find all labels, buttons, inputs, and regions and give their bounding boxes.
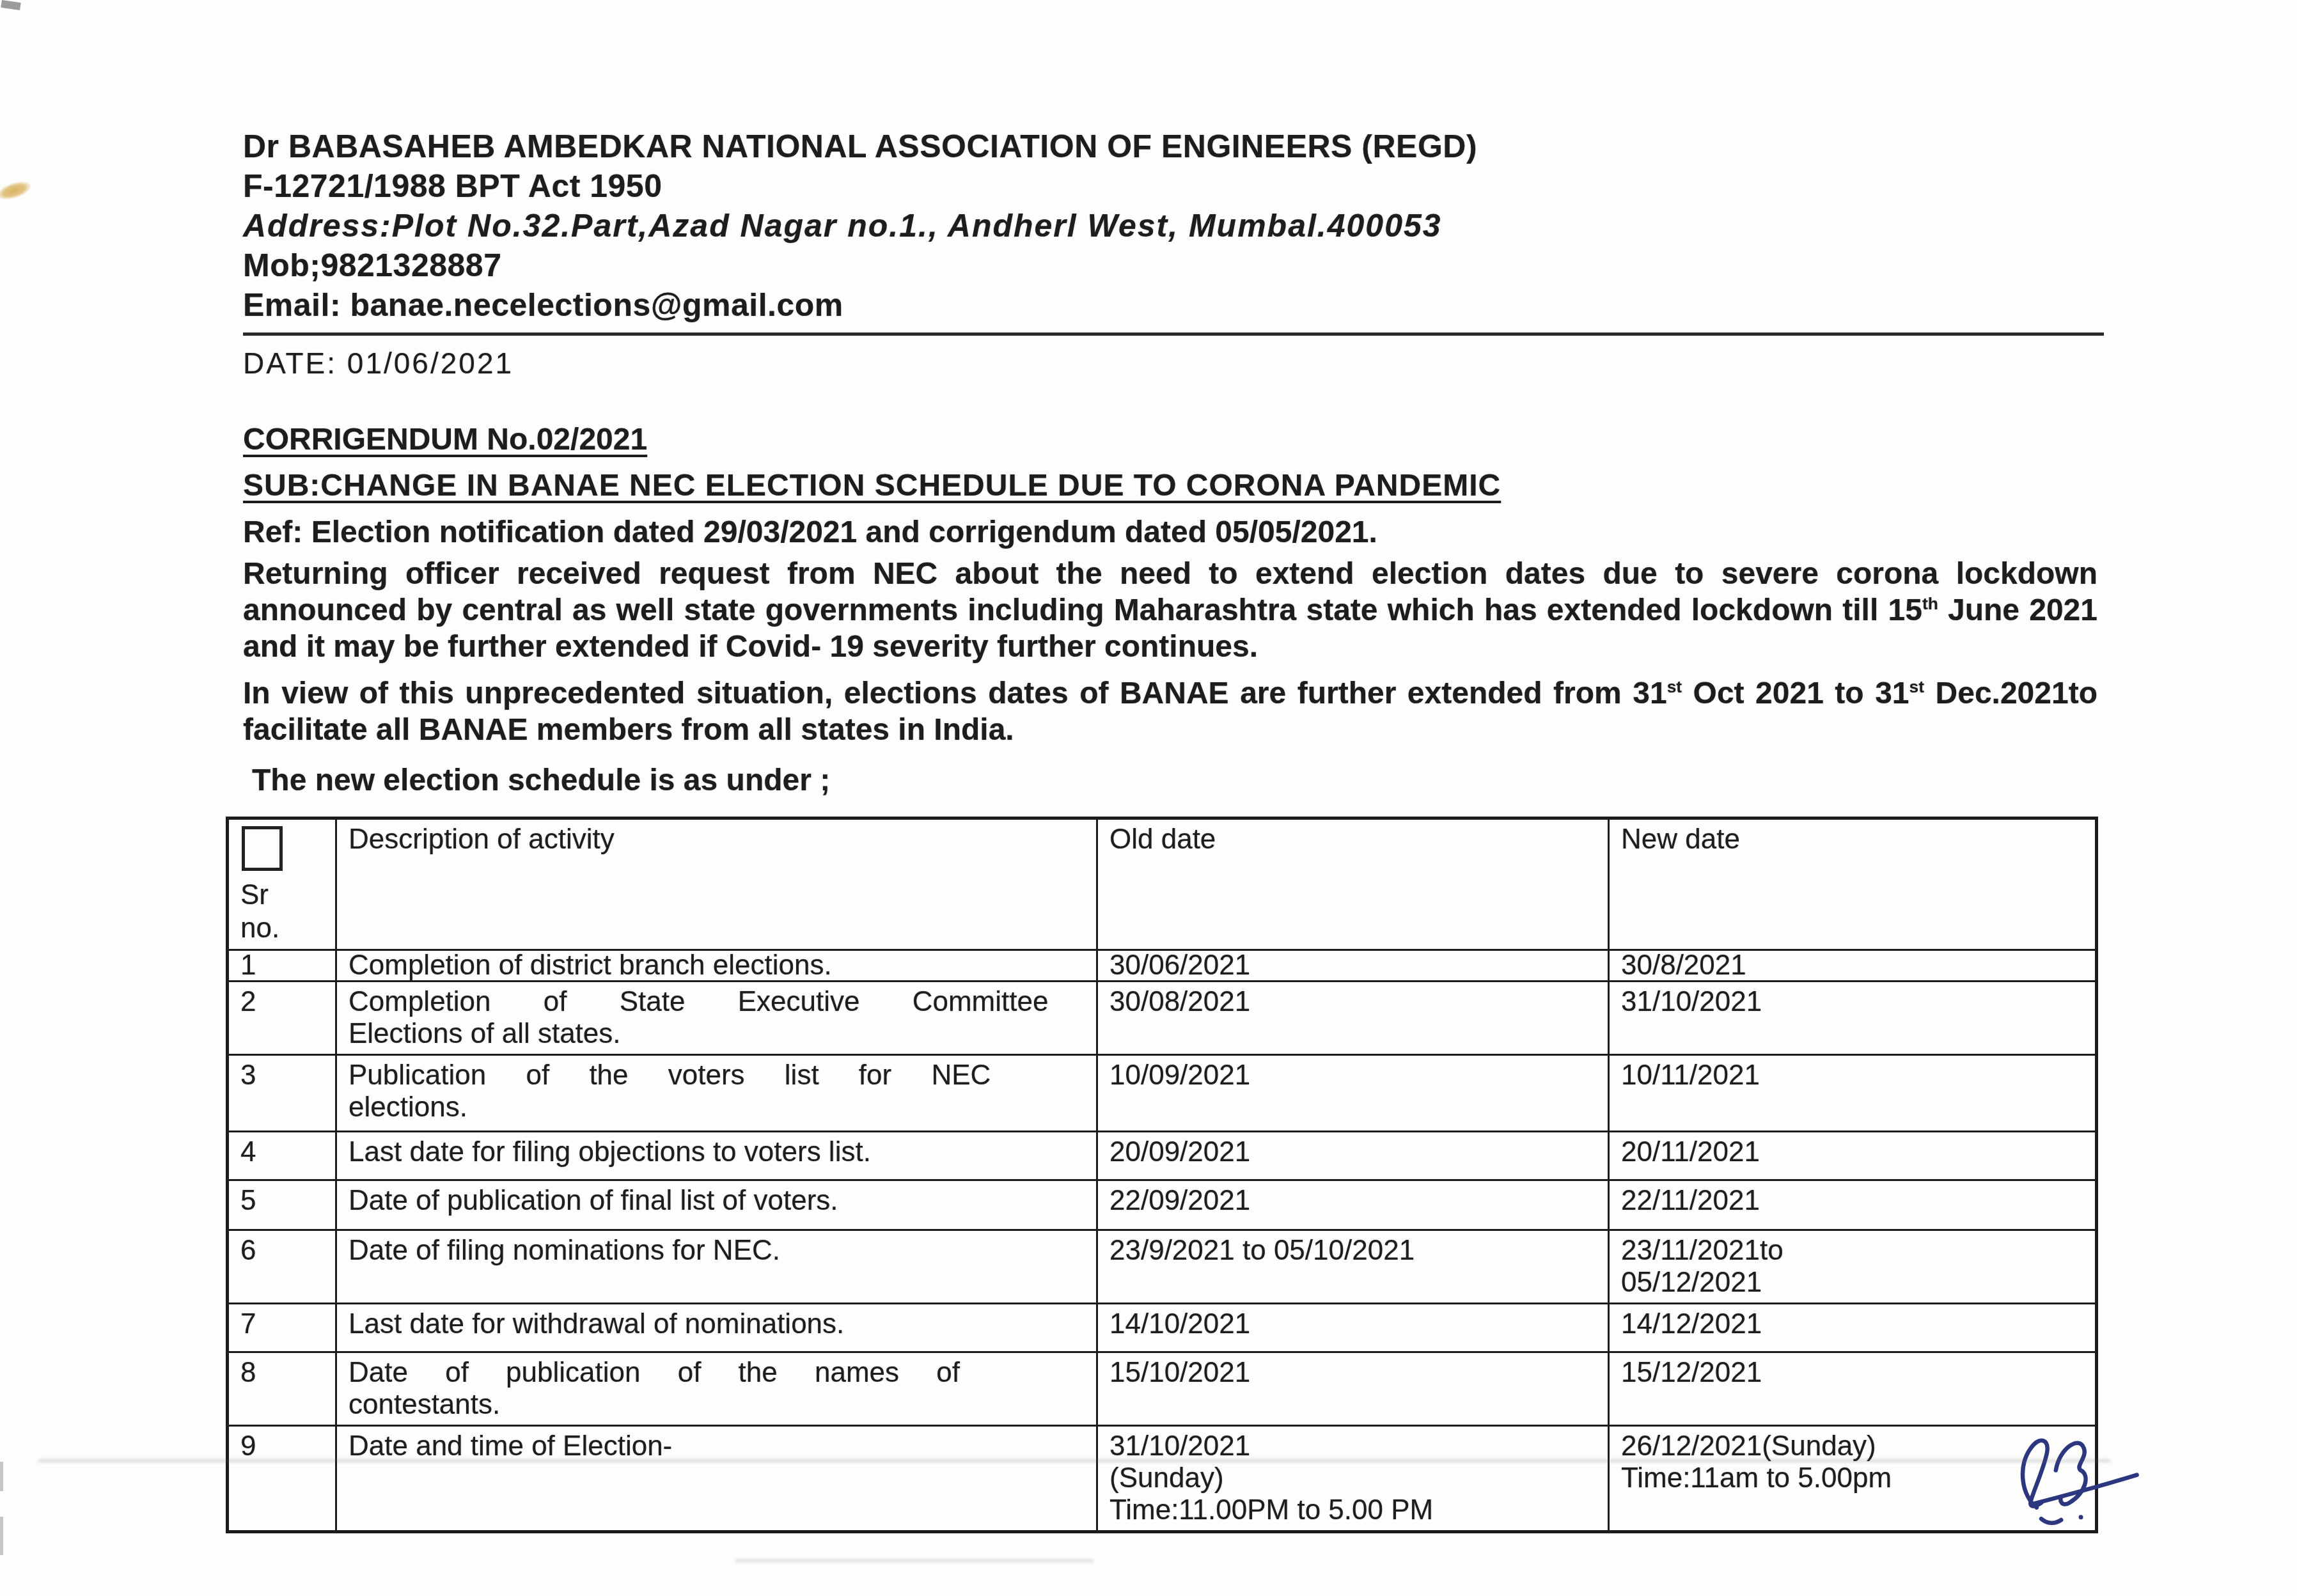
old-date-cell: 22/09/2021 [1097,1180,1609,1230]
new-date-cell: 10/11/2021 [1609,1055,2097,1132]
table-row: 6 Date of filing nominations for NEC. 23… [228,1230,2097,1304]
table-row: 5 Date of publication of final list of v… [228,1180,2097,1230]
description-cell: Date of publication of the names of cont… [336,1352,1097,1426]
scan-smudge-yellow [0,178,33,203]
old-date-cell: 31/10/2021 (Sunday) Time:11.00PM to 5.00… [1097,1426,1609,1532]
new-date-cell: 15/12/2021 [1609,1352,2097,1426]
sr-header-line1: Sr [240,879,325,912]
table-row: 9 Date and time of Election- 31/10/2021 … [228,1426,2097,1532]
new-date-cell: 30/8/2021 [1609,950,2097,982]
new-date-cell: 22/11/2021 [1609,1180,2097,1230]
signature [2002,1423,2155,1538]
sr-cell: 3 [228,1055,336,1132]
sr-cell: 7 [228,1304,336,1352]
old-date-cell: 14/10/2021 [1097,1304,1609,1352]
checkbox-icon [242,826,283,871]
new-date-cell: 14/12/2021 [1609,1304,2097,1352]
registration-number: F-12721/1988 BPT Act 1950 [243,166,2097,206]
description-cell: Date and time of Election- [336,1426,1097,1532]
description-cell: Completion of State Executive Committee … [336,982,1097,1055]
reference-line: Ref: Election notification dated 29/03/2… [243,515,2097,551]
election-schedule-table: Sr no. Description of activity Old date … [226,817,2098,1533]
table-row: 8 Date of publication of the names of co… [228,1352,2097,1426]
sr-cell: 6 [228,1230,336,1304]
document-page: Dr BABASAHEB AMBEDKAR NATIONAL ASSOCIATI… [0,0,2297,1596]
scan-corner-artifact [1,0,20,10]
old-date-cell: 30/08/2021 [1097,982,1609,1055]
old-date-cell: 10/09/2021 [1097,1055,1609,1132]
description-cell: Publication of the voters list for NEC e… [336,1055,1097,1132]
subject-heading: SUB:CHANGE IN BANAE NEC ELECTION SCHEDUL… [243,467,2097,505]
header-divider-line [243,332,2104,336]
org-name: Dr BABASAHEB AMBEDKAR NATIONAL ASSOCIATI… [243,127,2097,166]
scan-streak-artifact [38,1459,2110,1462]
address-line: Address:Plot No.32.Part,Azad Nagar no.1.… [243,206,2097,246]
table-row: 7 Last date for withdrawal of nomination… [228,1304,2097,1352]
superscript-th: th [1922,594,1938,613]
description-cell: Last date for withdrawal of nominations. [336,1304,1097,1352]
paragraph-extension-text-2: Oct 2021 to 31 [1682,677,1909,710]
paragraph-extension-text: In view of this unprecedented situation,… [243,677,1667,710]
paragraph-lockdown-text: Returning officer received request from … [243,557,2097,627]
superscript-st: st [1667,677,1682,696]
old-date-cell: 15/10/2021 [1097,1352,1609,1426]
table-row: 3 Publication of the voters list for NEC… [228,1055,2097,1132]
scan-streak-artifact-2 [735,1559,1094,1563]
table-row: 1 Completion of district branch election… [228,950,2097,982]
new-date-cell: 20/11/2021 [1609,1132,2097,1180]
description-cell: Last date for filing objections to voter… [336,1132,1097,1180]
table-row: 2 Completion of State Executive Committe… [228,982,2097,1055]
old-date-cell: 23/9/2021 to 05/10/2021 [1097,1230,1609,1304]
date-line: DATE: 01/06/2021 [243,346,2097,380]
paragraph-lockdown: Returning officer received request from … [243,556,2097,665]
sr-cell: 1 [228,950,336,982]
sr-cell: 8 [228,1352,336,1426]
table-row: 4 Last date for filing objections to vot… [228,1132,2097,1180]
description-header-cell: Description of activity [336,818,1097,950]
corrigendum-heading: CORRIGENDUM No.02/2021 [243,421,2097,458]
sr-cell: 5 [228,1180,336,1230]
paragraph-extension: In view of this unprecedented situation,… [243,675,2097,748]
email-line: Email: banae.necelections@gmail.com [243,285,2097,325]
sr-no-header-cell: Sr no. [228,818,336,950]
description-cell: Date of publication of final list of vot… [336,1180,1097,1230]
description-cell: Completion of district branch elections. [336,950,1097,982]
new-date-cell: 31/10/2021 [1609,982,2097,1055]
sr-cell: 4 [228,1132,336,1180]
description-cell: Date of filing nominations for NEC. [336,1230,1097,1304]
scan-edge-artifact-2 [0,1517,3,1555]
document-content: Dr BABASAHEB AMBEDKAR NATIONAL ASSOCIATI… [243,127,2097,1533]
new-date-cell: 23/11/2021to 05/12/2021 [1609,1230,2097,1304]
old-date-cell: 20/09/2021 [1097,1132,1609,1180]
old-date-cell: 30/06/2021 [1097,950,1609,982]
sr-cell: 9 [228,1426,336,1532]
scan-edge-artifact [0,1462,3,1491]
sr-header-line2: no. [240,912,325,945]
schedule-intro: The new election schedule is as under ; [243,762,2097,799]
sr-cell: 2 [228,982,336,1055]
new-date-header-cell: New date [1609,818,2097,950]
table-header-row: Sr no. Description of activity Old date … [228,818,2097,950]
superscript-st-2: st [1909,677,1924,696]
old-date-header-cell: Old date [1097,818,1609,950]
mobile-line: Mob;9821328887 [243,246,2097,285]
